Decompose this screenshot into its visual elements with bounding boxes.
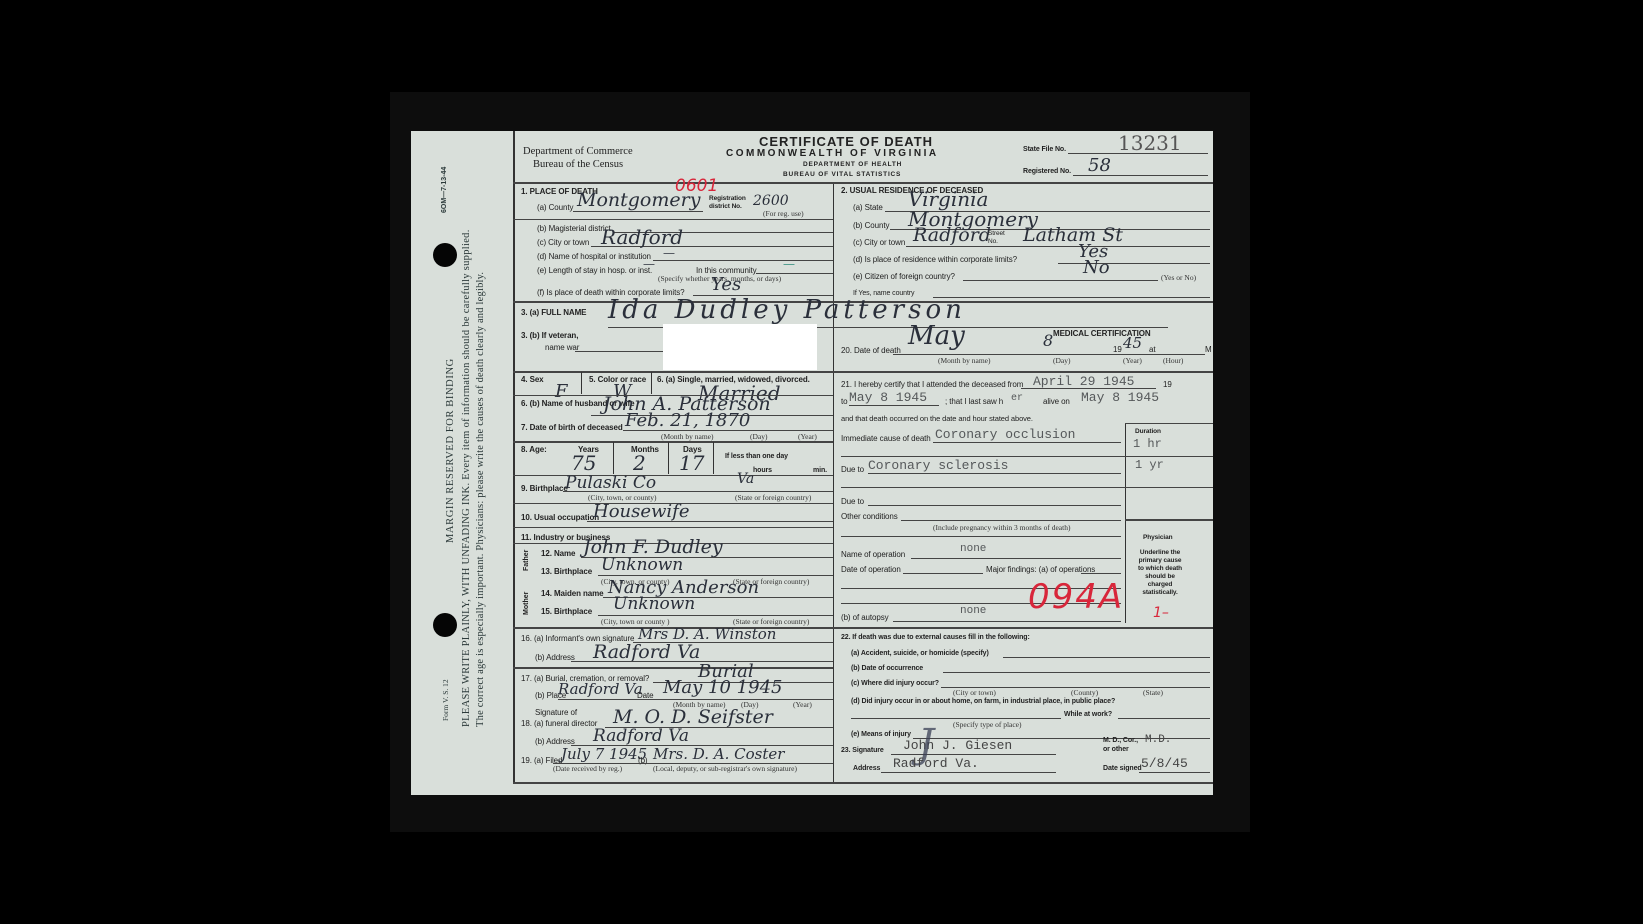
attended-from: April 29 1945 xyxy=(1033,374,1134,389)
father-birthplace: Unknown xyxy=(601,555,683,575)
commonwealth-title: COMMONWEALTH OF VIRGINIA xyxy=(726,148,939,159)
state-file-number: 13231 xyxy=(1118,131,1182,155)
mother-tag: Mother xyxy=(523,592,530,615)
age-years: 75 xyxy=(571,451,596,475)
punch-hole-bottom xyxy=(433,613,457,637)
filed-date: July 7 1945 xyxy=(561,745,647,763)
due-to-duration: 1 yr xyxy=(1135,458,1164,472)
county-of-death: Montgomery xyxy=(577,189,700,211)
hospital-name: — xyxy=(663,246,675,260)
age-months: 2 xyxy=(633,451,646,475)
binding-note: MARGIN RESERVED FOR BINDING xyxy=(445,358,456,543)
physician-note: Underline the primary cause to which dea… xyxy=(1135,549,1185,597)
informant-address: Radford Va xyxy=(593,641,700,663)
date-of-death-year: 45 xyxy=(1123,334,1142,352)
date-of-death-month: May xyxy=(908,321,965,351)
residence-city: Radford xyxy=(913,224,991,246)
immediate-duration: 1 hr xyxy=(1133,437,1162,451)
form-number: Form V. S. 12 xyxy=(441,679,450,721)
due-to-cause: Coronary sclerosis xyxy=(868,458,1008,473)
registered-number: 58 xyxy=(1088,155,1111,176)
date-of-death-day: 8 xyxy=(1043,331,1053,350)
red-cause-code: 094A xyxy=(1028,577,1124,617)
punch-hole-top xyxy=(433,243,457,267)
instruction-line-2: The correct age is especially important.… xyxy=(475,272,486,727)
burial-date: May 10 1945 xyxy=(663,677,783,698)
certificate-title: CERTIFICATE OF DEATH xyxy=(759,134,933,149)
red-mark: 1– xyxy=(1153,605,1169,621)
physician-title: M.D. xyxy=(1145,734,1171,746)
funeral-director: M. O. D. Seifster xyxy=(613,706,773,728)
death-certificate: 6OM—7-13-44 Form V. S. 12 MARGIN RESERVE… xyxy=(411,131,1213,795)
physician-address: Radford Va. xyxy=(893,756,979,771)
registrar-signature: Mrs. D. A. Coster xyxy=(653,745,784,763)
redacted-field xyxy=(663,324,817,370)
birthplace-city: Pulaski Co xyxy=(565,473,656,493)
age-days: 17 xyxy=(679,451,704,475)
instruction-line-1: PLEASE WRITE PLAINLY, WITH UNFADING INK.… xyxy=(461,229,472,727)
immediate-cause: Coronary occlusion xyxy=(935,427,1075,442)
form-code: 6OM—7-13-44 xyxy=(441,167,448,213)
autopsy-findings: none xyxy=(960,605,986,617)
binding-margin: 6OM—7-13-44 Form V. S. 12 MARGIN RESERVE… xyxy=(411,131,513,795)
death-within-limits: Yes xyxy=(711,274,741,295)
bureau-census: Bureau of the Census xyxy=(533,159,623,170)
operation-name: none xyxy=(960,543,986,555)
occupation: Housewife xyxy=(593,501,690,522)
birthplace-state: Va xyxy=(737,471,754,487)
bureau-vital-stats: BUREAU OF VITAL STATISTICS xyxy=(783,171,901,178)
date-signed: 5/8/45 xyxy=(1141,756,1188,771)
date-of-birth: Feb. 21, 1870 xyxy=(625,410,750,431)
dept-health: DEPARTMENT OF HEALTH xyxy=(803,161,902,168)
certificate-form: Department of Commerce Bureau of the Cen… xyxy=(513,131,1213,795)
foreign-citizen: No xyxy=(1083,257,1110,278)
dept-commerce: Department of Commerce xyxy=(523,146,633,157)
mother-birthplace: Unknown xyxy=(613,594,695,614)
registration-district: 2600 xyxy=(753,193,789,209)
attended-to: May 8 1945 xyxy=(849,390,927,405)
father-tag: Father xyxy=(523,550,530,571)
burial-place: Radford Va xyxy=(558,680,643,698)
funeral-director-address: Radford Va xyxy=(593,726,689,746)
last-seen-alive: May 8 1945 xyxy=(1081,390,1159,405)
